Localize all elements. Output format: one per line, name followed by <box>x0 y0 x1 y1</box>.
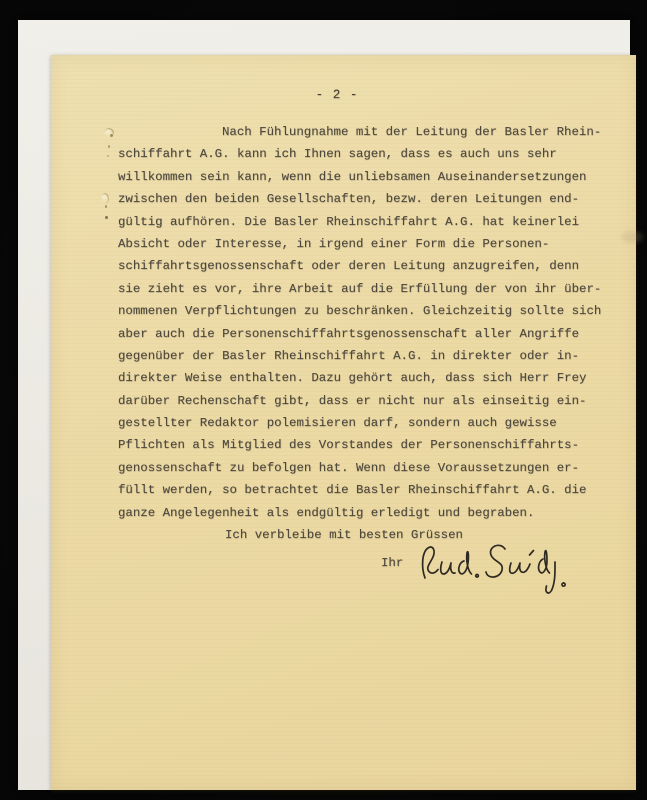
typed-line: genossenschaft zu befolgen hat. Wenn die… <box>118 457 623 479</box>
typed-line: zwischen den beiden Gesellschaften, bezw… <box>118 188 623 210</box>
typed-line: Nach Fühlungnahme mit der Leitung der Ba… <box>118 121 623 143</box>
handwritten-signature <box>417 540 569 602</box>
typed-line: willkommen sein kann, wenn die unliebsam… <box>118 166 623 188</box>
valediction: Ihr <box>381 556 403 570</box>
typed-line: darüber Rechenschaft gibt, dass er nicht… <box>118 390 623 412</box>
valediction-row: Ihr <box>381 552 623 616</box>
typed-line: direkter Weise enthalten. Dazu gehört au… <box>118 367 623 389</box>
typed-line: Pflichten als Mitglied des Vorstandes de… <box>118 434 623 456</box>
typed-line: ganze Angelegenheit als endgültig erledi… <box>118 502 623 524</box>
paper-blemish <box>105 205 107 208</box>
paper-blemish <box>107 155 109 157</box>
page-number: - 2 - <box>287 88 387 102</box>
paper-blemish <box>101 193 109 204</box>
typed-line: sie zieht es vor, ihre Arbeit auf die Er… <box>118 278 623 300</box>
typed-line: schiffahrtsgenossenschaft oder deren Lei… <box>118 255 623 277</box>
typed-line: gültig aufhören. Die Basler Rheinschiffa… <box>118 211 623 233</box>
typed-line: füllt werden, so betrachtet die Basler R… <box>118 479 623 501</box>
typed-line: Absicht oder Interesse, in irgend einer … <box>118 233 623 255</box>
paper-blemish <box>110 134 113 137</box>
typed-line: schiffahrt A.G. kann ich Ihnen sagen, da… <box>118 143 623 165</box>
paper-blemish <box>108 145 110 148</box>
paper-mat-frame: - 2 - Nach Fühlungnahme mit der Leitung … <box>18 20 630 790</box>
typed-line: gegenüber der Basler Rheinschiffahrt A.G… <box>118 345 623 367</box>
paper-smudge <box>621 231 643 243</box>
letter-body: Nach Fühlungnahme mit der Leitung der Ba… <box>118 121 623 616</box>
typed-line: nommenen Verpflichtungen zu beschränken.… <box>118 300 623 322</box>
scanned-letter-photo: { "document": { "kind": "typewritten-let… <box>0 0 647 800</box>
letter-paragraph: Nach Fühlungnahme mit der Leitung der Ba… <box>118 121 623 524</box>
typed-line: aber auch die Personenschiffahrtsgenosse… <box>118 323 623 345</box>
letter-page: - 2 - Nach Fühlungnahme mit der Leitung … <box>51 55 636 790</box>
typed-line: gestellter Redaktor polemisieren darf, s… <box>118 412 623 434</box>
paper-blemish <box>105 216 108 219</box>
